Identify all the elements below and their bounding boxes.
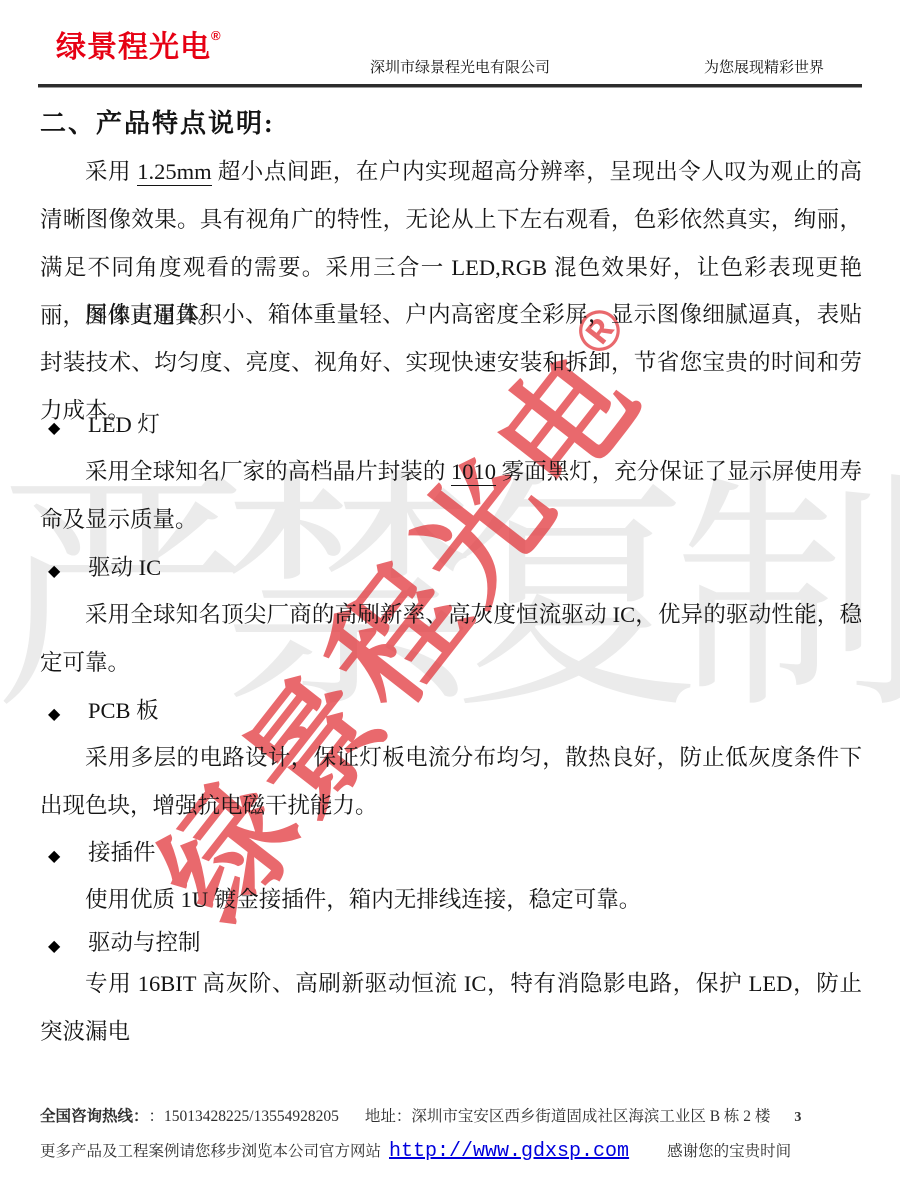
feature-item-connector: ◆ 接插件 <box>48 838 156 872</box>
feature-paragraph-led-pre: 采用全球知名厂家的高档晶片封装的 <box>85 459 451 484</box>
intro-paragraph-2: 屏体占用体积小、箱体重量轻、户内高密度全彩屏，显示图像细腻逼真，表贴封装技术、均… <box>40 291 862 435</box>
footer-line-1: 全国咨询热线： ：15013428225/13554928205 地址：深圳市宝… <box>40 1104 801 1126</box>
company-logo-text: 绿景程光电 <box>56 31 211 64</box>
feature-label-connector: 接插件 <box>88 838 156 872</box>
footer-hotline-label: 全国咨询热线： <box>40 1104 149 1126</box>
pixel-pitch-underlined-value: 1.25mm <box>137 159 211 186</box>
feature-paragraph-drive-control: 专用 16BIT 高灰阶、高刷新驱动恒流 IC，特有消隐影电路，保护 LED，防… <box>40 960 862 1056</box>
header-company-name: 深圳市绿景程光电有限公司 <box>370 56 550 77</box>
footer-page-number: 3 <box>794 1110 801 1126</box>
footer-address: 地址：深圳市宝安区西乡街道固成社区海滨工业区 B 栋 2 楼 <box>365 1104 771 1126</box>
feature-label-pcb: PCB 板 <box>88 696 159 730</box>
bullet-diamond-icon: ◆ <box>48 410 88 444</box>
feature-paragraph-led: 采用全球知名厂家的高档晶片封装的 1010 雾面黑灯，充分保证了显示屏使用寿命及… <box>40 448 862 544</box>
intro-paragraph-1-pre: 采用 <box>85 159 137 184</box>
feature-paragraph-pcb: 采用多层的电路设计，保证灯板电流分布均匀，散热良好，防止低灰度条件下出现色块，增… <box>40 734 862 830</box>
feature-label-led: LED 灯 <box>88 410 160 444</box>
bullet-diamond-icon: ◆ <box>48 928 88 962</box>
lamp-model-underlined-value: 1010 <box>451 459 496 486</box>
feature-item-pcb: ◆ PCB 板 <box>48 696 159 730</box>
company-logo: 绿景程光电® <box>56 22 221 66</box>
bullet-diamond-icon: ◆ <box>48 553 88 587</box>
feature-label-driver-ic: 驱动 IC <box>88 553 161 587</box>
footer-more-text: 更多产品及工程案例请您移步浏览本公司官方网站 <box>40 1139 381 1161</box>
feature-paragraph-driver-ic: 采用全球知名顶尖厂商的高刷新率、高灰度恒流驱动 IC，优异的驱动性能，稳定可靠。 <box>40 591 862 687</box>
header-slogan: 为您展现精彩世界 <box>704 56 824 77</box>
bullet-diamond-icon: ◆ <box>48 696 88 730</box>
document-page: 严禁复制 绿景程光电® 绿景程光电® 深圳市绿景程光电有限公司 为您展现精彩世界… <box>0 0 900 1198</box>
feature-paragraph-connector: 使用优质 1U 镀金接插件，箱内无排线连接，稳定可靠。 <box>40 876 862 924</box>
page-title: 二、产品特点说明: <box>40 103 275 140</box>
footer-line-2: 更多产品及工程案例请您移步浏览本公司官方网站 http://www.gdxsp.… <box>40 1139 791 1163</box>
footer-thanks-text: 感谢您的宝贵时间 <box>667 1139 791 1161</box>
feature-item-led: ◆ LED 灯 <box>48 410 160 444</box>
feature-label-drive-control: 驱动与控制 <box>88 928 201 962</box>
footer-hotline-numbers: ：15013428225/13554928205 <box>149 1104 339 1126</box>
header-divider <box>38 84 862 87</box>
feature-item-driver-ic: ◆ 驱动 IC <box>48 553 161 587</box>
bullet-diamond-icon: ◆ <box>48 838 88 872</box>
footer-website-link[interactable]: http://www.gdxsp.com <box>389 1140 629 1163</box>
registered-trademark-icon: ® <box>211 28 221 43</box>
feature-item-drive-control: ◆ 驱动与控制 <box>48 928 201 962</box>
